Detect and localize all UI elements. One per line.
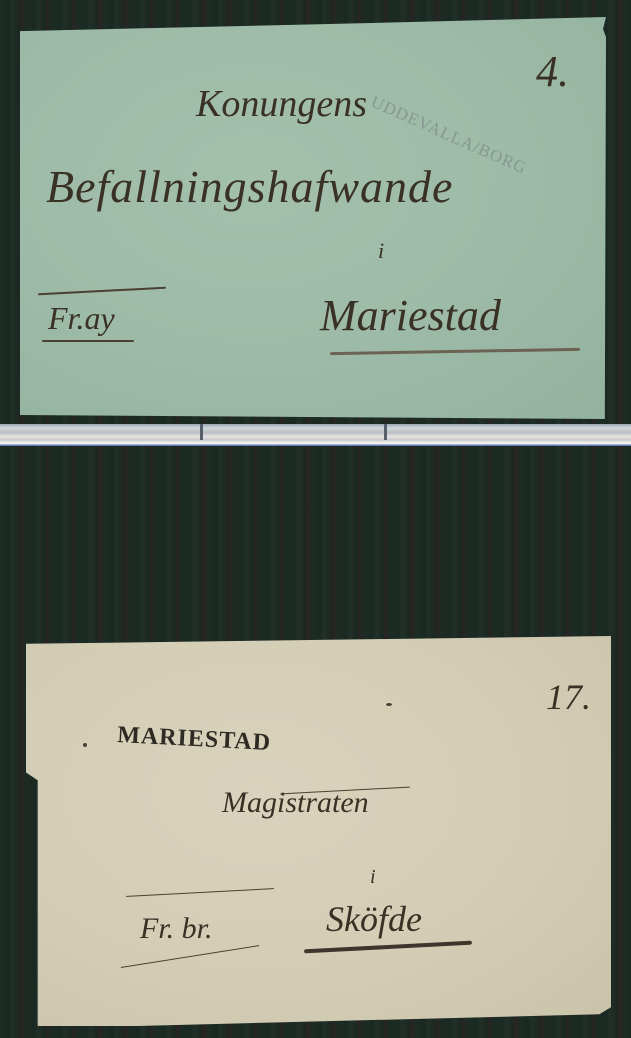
mount-strip-mark bbox=[384, 424, 387, 440]
letter-cover-top bbox=[20, 17, 606, 419]
address-line-2-top: Befallningshafwande bbox=[46, 160, 453, 213]
letter-cover-bottom bbox=[26, 636, 611, 1026]
rate-marking-top: 4. bbox=[536, 46, 569, 97]
address-line-2-bottom: i bbox=[370, 866, 376, 889]
franco-underline-top bbox=[42, 340, 134, 342]
ink-dot bbox=[386, 703, 392, 706]
mount-strip bbox=[0, 424, 631, 446]
franco-marking-bottom: Fr. br. bbox=[140, 912, 213, 946]
address-line-1-top: Konungens bbox=[196, 82, 367, 126]
rate-marking-bottom: 17. bbox=[546, 676, 591, 718]
mount-strip-mark bbox=[200, 424, 203, 440]
address-line-4-top: Mariestad bbox=[320, 290, 501, 341]
address-line-1-bottom: Magistraten bbox=[222, 786, 369, 820]
address-line-3-bottom: Sköfde bbox=[326, 898, 422, 940]
ink-dot bbox=[83, 743, 87, 747]
address-line-3-top: i bbox=[378, 238, 384, 264]
franco-marking-top: Fr.ay bbox=[48, 300, 115, 337]
